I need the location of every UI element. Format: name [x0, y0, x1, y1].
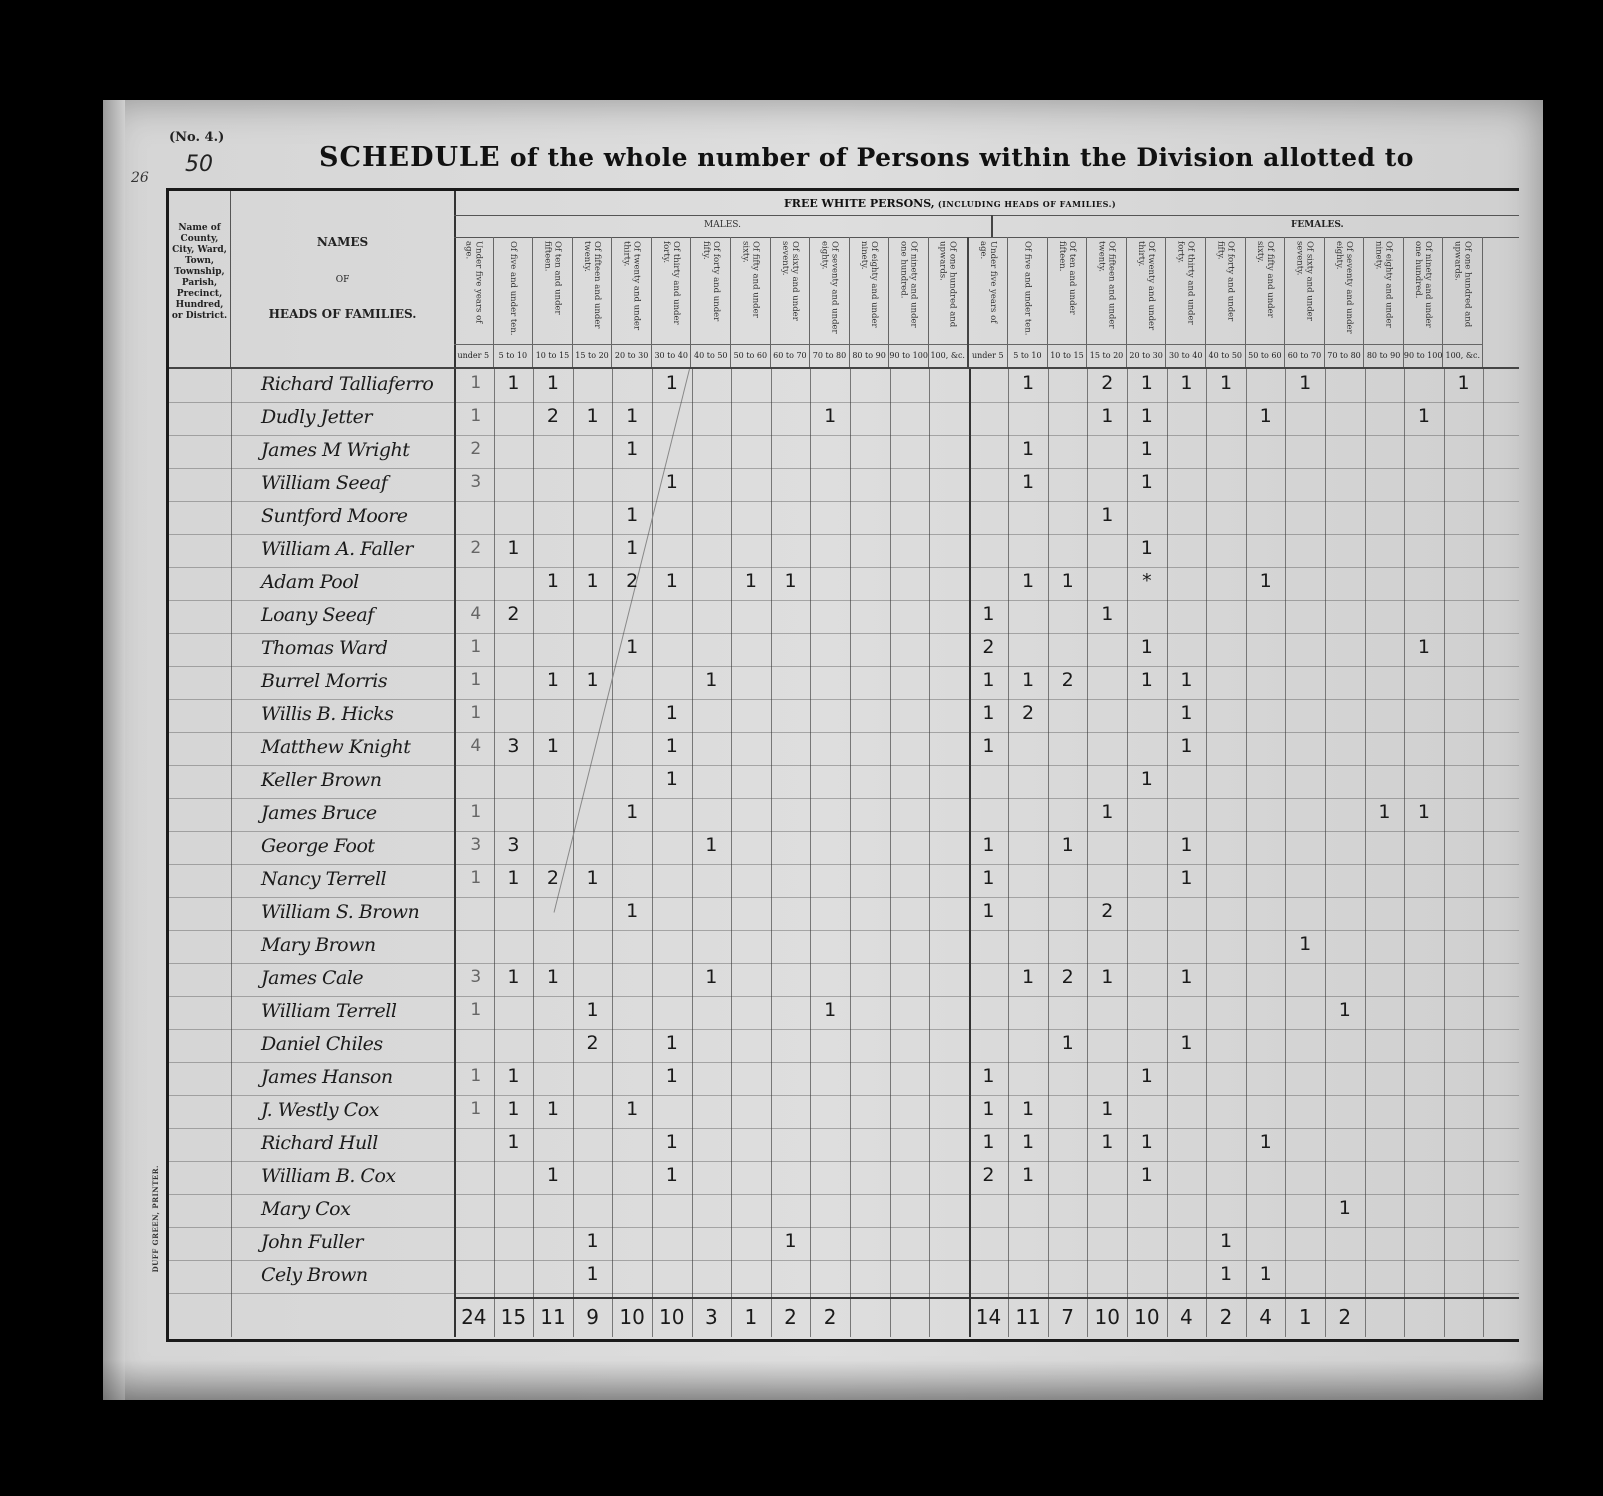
males-age-column-12: Of ninety and under one hundred.90 to 10… — [889, 237, 929, 367]
household-row: William Seeaf3111 — [169, 468, 1519, 502]
females-total-cell: 4 — [1246, 1305, 1286, 1329]
male-count-cell: 1 — [494, 1065, 534, 1087]
female-count-cell: * — [1127, 570, 1167, 592]
male-count-cell: 1 — [494, 1131, 534, 1153]
male-count-cell: 1 — [533, 735, 573, 757]
females-age-column-1: Under five years of age.under 5 — [969, 237, 1009, 367]
household-row: Loany Seeaf4211 — [169, 600, 1519, 634]
household-row: J. Westly Cox1111111 — [169, 1095, 1519, 1129]
male-count-cell: 1 — [652, 1164, 692, 1186]
female-count-cell: 1 — [1167, 735, 1207, 757]
age-column-short: 40 to 50 — [1206, 344, 1245, 367]
female-count-cell: 1 — [1167, 669, 1207, 691]
form-number: (No. 4.) — [169, 130, 224, 145]
age-column-short: 30 to 40 — [652, 344, 691, 367]
age-column-short: 90 to 100 — [889, 344, 928, 367]
age-column-label: Of twenty and under thirty. — [622, 241, 642, 341]
tally-mark: 1 — [456, 1000, 496, 1020]
males-total-cell: 9 — [573, 1305, 613, 1329]
household-row: William S. Brown112 — [169, 897, 1519, 931]
age-column-label: Of seventy and under eighty. — [1334, 241, 1354, 341]
male-count-cell: 1 — [612, 636, 652, 658]
household-row: Keller Brown11 — [169, 765, 1519, 799]
head-of-family-name: Cely Brown — [261, 1264, 368, 1286]
male-count-cell: 2 — [612, 570, 652, 592]
age-column-label: Of ninety and under one hundred. — [899, 241, 919, 341]
household-row: Dudly Jetter121111111 — [169, 402, 1519, 436]
age-column-short: 5 to 10 — [1008, 344, 1047, 367]
household-row: Matthew Knight431111 — [169, 732, 1519, 766]
household-row: Daniel Chiles2111 — [169, 1029, 1519, 1063]
head-of-family-name: James Bruce — [261, 802, 377, 824]
age-column-label: Of fifteen and under twenty. — [582, 241, 602, 341]
male-count-cell: 1 — [652, 702, 692, 724]
males-age-column-1: Under five years of age.under 5 — [454, 237, 494, 367]
female-count-cell: 1 — [1087, 966, 1127, 988]
female-count-cell: 2 — [1087, 900, 1127, 922]
female-count-cell: 1 — [1008, 570, 1048, 592]
female-count-cell: 1 — [1127, 471, 1167, 493]
head-of-family-name: James M Wright — [261, 439, 409, 461]
household-row: William Terrell1111 — [169, 996, 1519, 1030]
age-column-label: Of five and under ten. — [508, 241, 518, 341]
female-count-cell: 1 — [1167, 702, 1207, 724]
head-of-family-name: John Fuller — [261, 1231, 363, 1253]
male-count-cell: 1 — [494, 372, 534, 394]
male-count-cell: 1 — [494, 537, 534, 559]
males-total-cell: 3 — [692, 1305, 732, 1329]
male-count-cell: 2 — [573, 1032, 613, 1054]
tally-mark: 1 — [456, 1066, 496, 1086]
head-of-family-name: J. Westly Cox — [261, 1099, 379, 1121]
female-count-cell: 1 — [969, 867, 1009, 889]
males-total-cell: 1 — [731, 1305, 771, 1329]
female-count-cell: 1 — [969, 1131, 1009, 1153]
female-count-cell: 1 — [1087, 1131, 1127, 1153]
male-count-cell: 1 — [573, 405, 613, 427]
age-column-label: Of eighty and under ninety. — [859, 241, 879, 341]
tally-mark: 3 — [456, 967, 496, 987]
tally-mark: 1 — [456, 703, 496, 723]
female-count-cell: 1 — [1127, 537, 1167, 559]
female-count-cell: 1 — [1167, 834, 1207, 856]
female-count-cell: 1 — [1087, 405, 1127, 427]
female-count-cell: 1 — [1127, 438, 1167, 460]
female-count-cell: 1 — [1365, 801, 1405, 823]
tally-mark: 2 — [456, 538, 496, 558]
female-count-cell: 1 — [1325, 1197, 1365, 1219]
head-of-family-name: William A. Faller — [261, 538, 413, 560]
females-total-cell: 2 — [1325, 1305, 1365, 1329]
household-row: Richard Talliaferro11111211111 — [169, 369, 1519, 403]
head-of-family-name: George Foot — [261, 835, 375, 857]
age-column-short: 80 to 90 — [1364, 344, 1403, 367]
male-count-cell: 1 — [692, 966, 732, 988]
head-of-family-name: Richard Hull — [261, 1132, 378, 1154]
male-count-cell: 1 — [692, 834, 732, 856]
female-count-cell: 1 — [1008, 438, 1048, 460]
age-column-label: Of ten and under fifteen. — [1057, 241, 1077, 341]
head-of-family-name: James Cale — [261, 967, 363, 989]
head-of-family-name: Matthew Knight — [261, 736, 410, 758]
age-column-short: 90 to 100 — [1404, 344, 1443, 367]
male-count-cell: 1 — [533, 570, 573, 592]
head-of-family-name: Willis B. Hicks — [261, 703, 393, 725]
female-count-cell: 1 — [1246, 1131, 1286, 1153]
head-of-family-name: William B. Cox — [261, 1165, 396, 1187]
female-count-cell: 1 — [1325, 999, 1365, 1021]
household-row: John Fuller111 — [169, 1227, 1519, 1261]
age-column-short: 70 to 80 — [810, 344, 849, 367]
age-column-label: Of fifty and under sixty. — [1255, 241, 1275, 341]
female-count-cell: 2 — [1048, 966, 1088, 988]
female-count-cell: 1 — [1127, 1065, 1167, 1087]
male-count-cell: 1 — [771, 570, 811, 592]
page-edge — [103, 100, 125, 1400]
age-column-short: 60 to 70 — [1285, 344, 1324, 367]
tally-mark: 2 — [456, 439, 496, 459]
females-age-column-10: Of seventy and under eighty.70 to 80 — [1325, 237, 1365, 367]
females-age-column-8: Of fifty and under sixty.50 to 60 — [1246, 237, 1286, 367]
age-column-short: 100, &c. — [1443, 344, 1482, 367]
female-count-cell: 1 — [969, 1065, 1009, 1087]
female-count-cell: 2 — [1008, 702, 1048, 724]
age-column-label: Of sixty and under seventy. — [780, 241, 800, 341]
male-count-cell: 1 — [612, 405, 652, 427]
male-count-cell: 1 — [573, 1263, 613, 1285]
male-count-cell: 1 — [652, 372, 692, 394]
female-count-cell: 1 — [969, 702, 1009, 724]
male-count-cell: 1 — [494, 1098, 534, 1120]
female-count-cell: 1 — [1167, 372, 1207, 394]
age-column-short: 100, &c. — [929, 344, 967, 367]
female-count-cell: 1 — [1285, 372, 1325, 394]
male-count-cell: 1 — [652, 768, 692, 790]
female-count-cell: 1 — [1404, 405, 1444, 427]
female-count-cell: 2 — [1087, 372, 1127, 394]
female-count-cell: 1 — [1206, 1230, 1246, 1252]
female-count-cell: 1 — [1444, 372, 1484, 394]
male-count-cell: 1 — [652, 570, 692, 592]
male-count-cell: 3 — [494, 834, 534, 856]
male-count-cell: 1 — [612, 801, 652, 823]
females-header: FEMALES. — [991, 215, 1519, 238]
male-count-cell: 1 — [652, 1065, 692, 1087]
females-age-column-2: Of five and under ten.5 to 10 — [1008, 237, 1048, 367]
female-count-cell: 1 — [1206, 1263, 1246, 1285]
male-count-cell: 1 — [612, 1098, 652, 1120]
males-total-cell: 10 — [612, 1305, 652, 1329]
female-count-cell: 1 — [1048, 570, 1088, 592]
male-count-cell: 1 — [533, 1098, 573, 1120]
age-column-short: 10 to 15 — [533, 344, 572, 367]
male-count-cell: 1 — [612, 504, 652, 526]
head-of-family-name: Mary Brown — [261, 934, 376, 956]
age-column-short: 10 to 15 — [1048, 344, 1087, 367]
tally-mark: 4 — [456, 736, 496, 756]
female-count-cell: 1 — [1127, 1131, 1167, 1153]
household-row: Richard Hull1111111 — [169, 1128, 1519, 1162]
male-count-cell: 1 — [533, 372, 573, 394]
female-count-cell: 1 — [1008, 372, 1048, 394]
female-count-cell: 1 — [1008, 669, 1048, 691]
male-count-cell: 1 — [573, 867, 613, 889]
females-label: FEMALES. — [1291, 220, 1344, 230]
printer-credit: DUFF GREEN, PRINTER. — [151, 1165, 160, 1272]
age-column-label: Of eighty and under ninety. — [1374, 241, 1394, 341]
age-column-short: 50 to 60 — [1246, 344, 1285, 367]
head-of-family-name: Dudly Jetter — [261, 406, 372, 428]
female-count-cell: 1 — [1087, 1098, 1127, 1120]
age-column-short: 5 to 10 — [494, 344, 533, 367]
age-column-label: Of ten and under fifteen. — [542, 241, 562, 341]
margin-number: 26 — [131, 170, 149, 186]
females-age-column-13: Of one hundred and upwards.100, &c. — [1443, 237, 1483, 367]
female-count-cell: 1 — [969, 1098, 1009, 1120]
males-label: MALES. — [704, 220, 741, 230]
age-column-short: 70 to 80 — [1325, 344, 1364, 367]
household-row: James Cale31111211 — [169, 963, 1519, 997]
age-column-label: Of fifty and under sixty. — [740, 241, 760, 341]
schedule-title: SCHEDULE of the whole number of Persons … — [319, 142, 1414, 173]
females-age-column-7: Of forty and under fifty.40 to 50 — [1206, 237, 1246, 367]
tally-mark: 1 — [456, 1099, 496, 1119]
female-count-cell: 1 — [1246, 405, 1286, 427]
head-of-family-name: Richard Talliaferro — [261, 373, 433, 395]
males-total-cell: 24 — [454, 1305, 494, 1329]
male-count-cell: 1 — [771, 1230, 811, 1252]
age-column-label: Of thirty and under forty. — [1176, 241, 1196, 341]
head-of-family-name: James Hanson — [261, 1066, 393, 1088]
male-count-cell: 1 — [533, 669, 573, 691]
female-count-cell: 1 — [1167, 966, 1207, 988]
age-column-short: 40 to 50 — [691, 344, 730, 367]
males-age-column-13: Of one hundred and upwards.100, &c. — [929, 237, 969, 367]
names-column-header: NAMES OF HEADS OF FAMILIES. — [231, 191, 456, 367]
age-column-short: 50 to 60 — [731, 344, 770, 367]
age-column-short: 20 to 30 — [612, 344, 651, 367]
county-column-header: Name of County, City, Ward, Town, Townsh… — [169, 191, 231, 367]
males-age-column-11: Of eighty and under ninety.80 to 90 — [850, 237, 890, 367]
tally-mark: 1 — [456, 868, 496, 888]
male-count-cell: 1 — [573, 1230, 613, 1252]
census-page: (No. 4.) 50 26 SCHEDULE of the whole num… — [103, 100, 1543, 1400]
age-column-label: Of forty and under fifty. — [701, 241, 721, 341]
male-count-cell: 1 — [573, 570, 613, 592]
male-count-cell: 1 — [810, 405, 850, 427]
title-rest: of the whole number of Persons within th… — [501, 143, 1414, 172]
age-column-short: 80 to 90 — [850, 344, 889, 367]
or-label: OF — [231, 275, 454, 285]
age-column-label: Under five years of age. — [463, 241, 483, 341]
female-count-cell: 1 — [969, 735, 1009, 757]
male-count-cell: 2 — [533, 405, 573, 427]
females-total-cell: 14 — [969, 1305, 1009, 1329]
head-of-family-name: Daniel Chiles — [261, 1033, 383, 1055]
household-row: William A. Faller2111 — [169, 534, 1519, 568]
head-of-family-name: Nancy Terrell — [261, 868, 386, 890]
age-column-label: Of sixty and under seventy. — [1294, 241, 1314, 341]
household-row: James Bruce11111 — [169, 798, 1519, 832]
female-count-cell: 1 — [1008, 966, 1048, 988]
females-total-cell: 1 — [1285, 1305, 1325, 1329]
females-total-cell: 2 — [1206, 1305, 1246, 1329]
male-count-cell: 1 — [494, 867, 534, 889]
female-count-cell: 1 — [1246, 570, 1286, 592]
males-age-column-2: Of five and under ten.5 to 10 — [494, 237, 534, 367]
male-count-cell: 2 — [494, 603, 534, 625]
female-count-cell: 1 — [1127, 1164, 1167, 1186]
female-count-cell: 2 — [1048, 669, 1088, 691]
household-rows: Richard Talliaferro11111211111Dudly Jett… — [169, 367, 1519, 1299]
male-count-cell: 1 — [533, 966, 573, 988]
tally-mark: 3 — [456, 835, 496, 855]
head-of-family-name: Adam Pool — [261, 571, 359, 593]
female-count-cell: 1 — [1008, 1098, 1048, 1120]
female-count-cell: 1 — [1206, 372, 1246, 394]
females-total-cell: 11 — [1008, 1305, 1048, 1329]
male-count-cell: 1 — [652, 471, 692, 493]
female-count-cell: 1 — [969, 603, 1009, 625]
fwp-label: FREE WHITE PERSONS, — [784, 197, 935, 210]
female-count-cell: 1 — [1167, 1032, 1207, 1054]
females-total-cell: 10 — [1087, 1305, 1127, 1329]
male-count-cell: 1 — [652, 1131, 692, 1153]
males-age-column-5: Of twenty and under thirty.20 to 30 — [612, 237, 652, 367]
age-column-headers: Under five years of age.under 5Of five a… — [454, 237, 1483, 367]
free-white-persons-header: FREE WHITE PERSONS, (INCLUDING HEADS OF … — [454, 191, 1519, 216]
age-column-short: 15 to 20 — [573, 344, 612, 367]
age-column-label: Under five years of age. — [978, 241, 998, 341]
female-count-cell: 1 — [969, 669, 1009, 691]
head-of-family-name: Keller Brown — [261, 769, 381, 791]
head-of-family-name: Mary Cox — [261, 1198, 350, 1220]
age-column-short: 30 to 40 — [1166, 344, 1205, 367]
head-of-family-name: William Terrell — [261, 1000, 396, 1022]
female-count-cell: 1 — [1008, 1164, 1048, 1186]
females-age-column-12: Of ninety and under one hundred.90 to 10… — [1404, 237, 1444, 367]
head-of-family-name: William S. Brown — [261, 901, 419, 923]
males-age-column-10: Of seventy and under eighty.70 to 80 — [810, 237, 850, 367]
age-column-short: under 5 — [454, 344, 493, 367]
household-row: William B. Cox11211 — [169, 1161, 1519, 1195]
household-row: Adam Pool11211111*1 — [169, 567, 1519, 601]
males-total-cell: 15 — [494, 1305, 534, 1329]
male-count-cell: 1 — [731, 570, 771, 592]
age-column-label: Of one hundred and upwards. — [938, 241, 958, 341]
tally-mark: 1 — [456, 406, 496, 426]
female-count-cell: 2 — [969, 1164, 1009, 1186]
head-of-family-name: Burrel Morris — [261, 670, 387, 692]
household-row: Suntford Moore11 — [169, 501, 1519, 535]
female-count-cell: 2 — [969, 636, 1009, 658]
female-count-cell: 1 — [969, 900, 1009, 922]
household-row: George Foot331111 — [169, 831, 1519, 865]
household-row: Thomas Ward11211 — [169, 633, 1519, 667]
females-age-column-6: Of thirty and under forty.30 to 40 — [1166, 237, 1206, 367]
age-column-short: under 5 — [969, 344, 1008, 367]
female-count-cell: 1 — [1008, 1131, 1048, 1153]
age-column-short: 15 to 20 — [1087, 344, 1126, 367]
male-count-cell: 1 — [573, 669, 613, 691]
age-column-label: Of thirty and under forty. — [661, 241, 681, 341]
male-count-cell: 1 — [612, 537, 652, 559]
census-table: Name of County, City, Ward, Town, Townsh… — [166, 188, 1519, 1342]
household-row: Willis B. Hicks11121 — [169, 699, 1519, 733]
females-total-cell: 10 — [1127, 1305, 1167, 1329]
tally-mark: 3 — [456, 472, 496, 492]
female-count-cell: 1 — [1127, 636, 1167, 658]
female-count-cell: 1 — [1246, 1263, 1286, 1285]
age-column-label: Of twenty and under thirty. — [1136, 241, 1156, 341]
males-age-column-4: Of fifteen and under twenty.15 to 20 — [573, 237, 613, 367]
male-count-cell: 1 — [810, 999, 850, 1021]
male-count-cell: 2 — [533, 867, 573, 889]
males-total-cell: 11 — [533, 1305, 573, 1329]
males-total-cell: 2 — [771, 1305, 811, 1329]
household-row: Cely Brown111 — [169, 1260, 1519, 1294]
female-count-cell: 1 — [969, 834, 1009, 856]
age-column-short: 20 to 30 — [1127, 344, 1166, 367]
females-age-column-5: Of twenty and under thirty.20 to 30 — [1127, 237, 1167, 367]
female-count-cell: 1 — [1127, 372, 1167, 394]
age-column-label: Of forty and under fifty. — [1215, 241, 1235, 341]
page-number: 50 — [185, 152, 213, 177]
tally-mark: 4 — [456, 604, 496, 624]
title-lead: SCHEDULE — [319, 142, 501, 173]
including-heads-label: (INCLUDING HEADS OF FAMILIES.) — [935, 199, 1117, 209]
male-count-cell: 1 — [533, 1164, 573, 1186]
males-total-cell: 10 — [652, 1305, 692, 1329]
females-age-column-3: Of ten and under fifteen.10 to 15 — [1048, 237, 1088, 367]
males-age-column-6: Of thirty and under forty.30 to 40 — [652, 237, 692, 367]
age-column-label: Of seventy and under eighty. — [819, 241, 839, 341]
males-header: MALES. — [454, 215, 993, 238]
female-count-cell: 1 — [1087, 504, 1127, 526]
household-row: Mary Brown1 — [169, 930, 1519, 964]
age-column-label: Of ninety and under one hundred. — [1413, 241, 1433, 341]
names-label: NAMES — [231, 235, 454, 249]
males-age-column-9: Of sixty and under seventy.60 to 70 — [771, 237, 811, 367]
males-total-cell: 2 — [810, 1305, 850, 1329]
household-row: Nancy Terrell112111 — [169, 864, 1519, 898]
head-of-family-name: Thomas Ward — [261, 637, 387, 659]
males-age-column-8: Of fifty and under sixty.50 to 60 — [731, 237, 771, 367]
head-of-family-name: William Seeaf — [261, 472, 387, 494]
female-count-cell: 1 — [1048, 1032, 1088, 1054]
females-age-column-11: Of eighty and under ninety.80 to 90 — [1364, 237, 1404, 367]
male-count-cell: 1 — [612, 900, 652, 922]
females-age-column-4: Of fifteen and under twenty.15 to 20 — [1087, 237, 1127, 367]
head-of-family-name: Suntford Moore — [261, 505, 408, 527]
female-count-cell: 1 — [1087, 603, 1127, 625]
males-age-column-3: Of ten and under fifteen.10 to 15 — [533, 237, 573, 367]
tally-mark: 1 — [456, 802, 496, 822]
female-count-cell: 1 — [1048, 834, 1088, 856]
age-column-label: Of one hundred and upwards. — [1453, 241, 1473, 341]
females-age-column-9: Of sixty and under seventy.60 to 70 — [1285, 237, 1325, 367]
male-count-cell: 1 — [652, 1032, 692, 1054]
household-row: Burrel Morris111111211 — [169, 666, 1519, 700]
female-count-cell: 1 — [1127, 405, 1167, 427]
females-total-cell: 7 — [1048, 1305, 1088, 1329]
female-count-cell: 1 — [1167, 867, 1207, 889]
household-row: James M Wright2111 — [169, 435, 1519, 469]
heads-of-families-label: HEADS OF FAMILIES. — [231, 307, 454, 321]
male-count-cell: 1 — [692, 669, 732, 691]
female-count-cell: 1 — [1404, 801, 1444, 823]
males-age-column-7: Of forty and under fifty.40 to 50 — [691, 237, 731, 367]
